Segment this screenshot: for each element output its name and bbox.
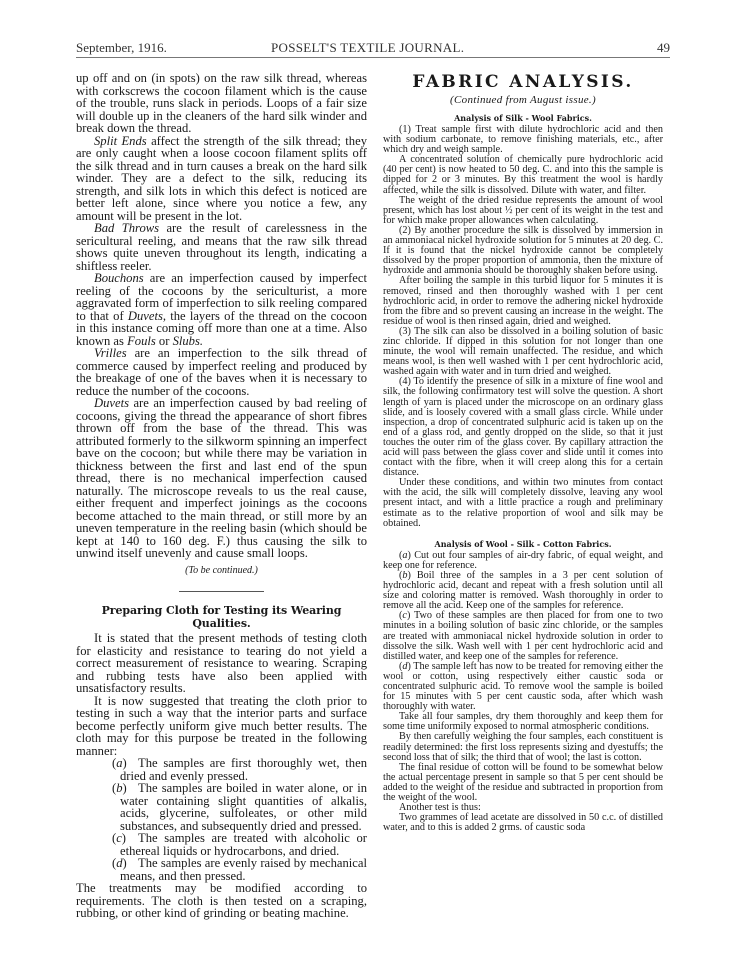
section-heading: Analysis of Wool - Silk - Cotton Fabrics…	[383, 538, 663, 550]
list-item: (a)The samples are first thoroughly wet,…	[76, 757, 367, 782]
paragraph: up off and on (in spots) on the raw silk…	[76, 72, 367, 135]
paragraph: Under these conditions, and within two m…	[383, 478, 663, 528]
paragraph: Bad Throws are the result of carelessnes…	[76, 222, 367, 272]
paragraph: It is stated that the present methods of…	[76, 632, 367, 695]
paragraph: It is now suggested that treating the cl…	[76, 695, 367, 758]
paragraph: A concentrated solution of chemically pu…	[383, 155, 663, 195]
journal-title: POSSELT'S TEXTILE JOURNAL.	[271, 40, 464, 56]
list-item: (d) The sample left has now to be treate…	[383, 662, 663, 712]
list-item: (c) Two of these samples are then placed…	[383, 611, 663, 661]
header-rule	[76, 57, 670, 58]
list-item: (c)The samples are treated with alcoholi…	[76, 832, 367, 857]
page-number: 49	[657, 40, 670, 56]
left-column: up off and on (in spots) on the raw silk…	[76, 72, 367, 920]
continued-note: (To be continued.)	[76, 565, 367, 578]
paragraph: (3) The silk can also be dissolved in a …	[383, 327, 663, 377]
paragraph: Bouchons are an imperfection caused by i…	[76, 272, 367, 347]
list-item: (b) Boil three of the samples in a 3 per…	[383, 571, 663, 611]
list-item: (b)The samples are boiled in water alone…	[76, 782, 367, 832]
list-item: (a) Cut out four samples of air-dry fabr…	[383, 551, 663, 571]
article-title: Preparing Cloth for Testing its Wearing …	[76, 605, 367, 630]
paragraph: Duvets are an imperfection caused by bad…	[76, 397, 367, 560]
paragraph: The weight of the dried residue represen…	[383, 196, 663, 226]
paragraph: By then carefully weighing the four samp…	[383, 732, 663, 762]
paragraph: Vrilles are an imperfection to the silk …	[76, 347, 367, 397]
article-subtitle: (Continued from August issue.)	[383, 93, 663, 107]
paragraph: Split Ends affect the strength of the si…	[76, 135, 367, 223]
paragraph: Take all four samples, dry them thorough…	[383, 712, 663, 732]
list-item: (d)The samples are evenly raised by mech…	[76, 857, 367, 882]
paragraph: The final residue of cotton will be foun…	[383, 763, 663, 803]
running-header: September, 1916. POSSELT'S TEXTILE JOURN…	[76, 38, 670, 56]
paragraph: (1) Treat sample first with dilute hydro…	[383, 125, 663, 155]
paragraph: (2) By another procedure the silk is dis…	[383, 226, 663, 276]
section-heading: Analysis of Silk - Wool Fabrics.	[383, 112, 663, 124]
section-divider	[179, 591, 264, 592]
paragraph: The treatments may be modified according…	[76, 882, 367, 920]
right-column: FABRIC ANALYSIS. (Continued from August …	[383, 70, 663, 833]
paragraph: After boiling the sample in this turbid …	[383, 276, 663, 326]
paragraph: Two grammes of lead acetate are dissolve…	[383, 813, 663, 833]
article-title: FABRIC ANALYSIS.	[383, 72, 663, 92]
paragraph: (4) To identify the presence of silk in …	[383, 377, 663, 478]
issue-date: September, 1916.	[76, 40, 167, 56]
